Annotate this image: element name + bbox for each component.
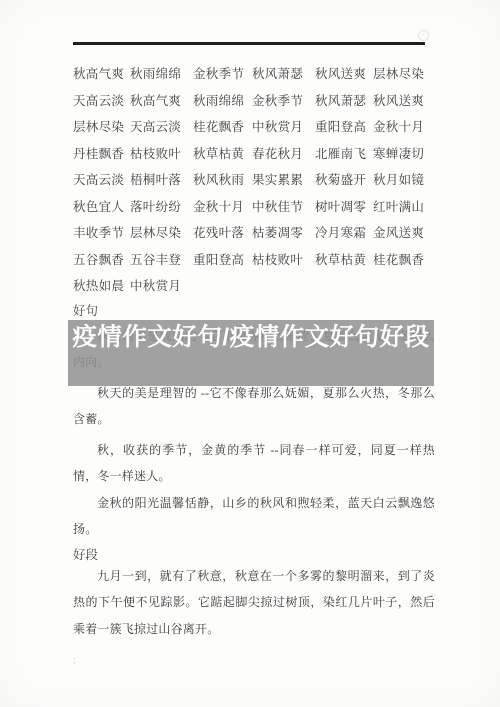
word-row: 天高云淡梧桐叶落秋风秋雨果实累累秋菊盛开秋月如镜 <box>73 166 435 193</box>
word-item: 秋风秋雨 <box>193 170 252 188</box>
word-item: 果实累累 <box>252 170 315 188</box>
word-item: 冷月寒霜 <box>315 223 373 241</box>
word-row: 天高云淡秋高气爽秋雨绵绵金秋季节秋风萧瑟秋风送爽 <box>73 87 435 114</box>
word-item: 中秋佳节 <box>252 197 315 215</box>
word-item: 秋月如镜 <box>373 170 435 188</box>
word-item: 秋风送爽 <box>315 64 373 82</box>
word-item: 丰收季节 <box>73 223 130 241</box>
word-item: 枯萎凋零 <box>252 223 315 241</box>
word-row: 层林尽染天高云淡桂花飘香中秋赏月重阳登高金秋十月 <box>73 113 435 140</box>
word-grid: 秋高气爽秋雨绵绵金秋季节秋风萧瑟秋风送爽层林尽染天高云淡秋高气爽秋雨绵绵金秋季节… <box>73 60 435 299</box>
word-item: 春花秋月 <box>252 144 315 162</box>
word-item: 秋风萧瑟 <box>315 91 373 109</box>
word-item: 秋菊盛开 <box>315 170 373 188</box>
word-item: 树叶凋零 <box>315 197 373 215</box>
word-row: 五谷飘香五谷丰登重阳登高枯枝败叶秋草枯黄桂花飘香 <box>73 246 435 273</box>
word-row: 秋高气爽秋雨绵绵金秋季节秋风萧瑟秋风送爽层林尽染 <box>73 60 435 87</box>
word-item: 秋风送爽 <box>373 91 435 109</box>
paragraph: 九月一到，就有了秋意，秋意在一个多雾的黎明溜来，到了炎热的下午便不见踪影。它踮起… <box>73 563 435 643</box>
word-row: 丰收季节层林尽染花残叶落枯萎凋零冷月寒霜金风送爽 <box>73 219 435 246</box>
corner-dot-icon: · <box>418 30 429 41</box>
paragraph: 秋，收获的季节，金黄的季节 --同春一样可爱，同夏一样热情，冬一样迷人。 <box>73 437 435 490</box>
document-page: · 秋高气爽秋雨绵绵金秋季节秋风萧瑟秋风送爽层林尽染天高云淡秋高气爽秋雨绵绵金秋… <box>0 0 500 707</box>
word-item: 五谷丰登 <box>130 250 193 268</box>
paragraph: 秋天的美是理智的 --它不像春那么妩媚，夏那么火热，冬那么含蓄。 <box>73 380 435 433</box>
word-item: 秋草枯黄 <box>193 144 252 162</box>
word-item: 中秋赏月 <box>130 276 193 294</box>
word-item: 枯枝败叶 <box>130 144 193 162</box>
word-item: 北雁南飞 <box>315 144 373 162</box>
word-item: 红叶满山 <box>373 197 435 215</box>
word-item: 秋风萧瑟 <box>252 64 315 82</box>
word-item: 寒蝉凄切 <box>373 144 435 162</box>
section-label-haoduan: 好段 <box>73 547 435 563</box>
word-item: 桂花飘香 <box>373 250 435 268</box>
word-item: 金秋季节 <box>193 64 252 82</box>
haoduan-paragraphs: 九月一到，就有了秋意，秋意在一个多雾的黎明溜来，到了炎热的下午便不见踪影。它踮起… <box>73 563 435 643</box>
word-item: 层林尽染 <box>373 64 435 82</box>
word-item: 秋色宜人 <box>73 197 130 215</box>
section-label-haoju: 好句 <box>73 303 435 319</box>
word-item: 中秋赏月 <box>252 117 315 135</box>
word-row: 丹桂飘香枯枝败叶秋草枯黄春花秋月北雁南飞寒蝉凄切 <box>73 140 435 167</box>
title-overlay-banner: 疫情作文好句/疫情作文好句好段 <box>68 320 434 386</box>
word-item: 丹桂飘香 <box>73 144 130 162</box>
word-item: 层林尽染 <box>130 223 193 241</box>
word-item: 重阳登高 <box>315 117 373 135</box>
word-item: 天高云淡 <box>130 117 193 135</box>
word-row: 秋热如晨中秋赏月 <box>73 272 435 299</box>
word-item: 金秋十月 <box>193 197 252 215</box>
page-top-rule <box>73 42 425 45</box>
word-item: 梧桐叶落 <box>130 170 193 188</box>
word-item: 枯枝败叶 <box>252 250 315 268</box>
word-item: 重阳登高 <box>193 250 252 268</box>
word-item: 秋雨绵绵 <box>130 64 193 82</box>
word-item: 金秋十月 <box>373 117 435 135</box>
word-item: 金秋季节 <box>252 91 315 109</box>
word-item: 天高云淡 <box>73 170 130 188</box>
faint-footnote-mark: ; <box>73 654 435 666</box>
word-item: 五谷飘香 <box>73 250 130 268</box>
word-item: 秋热如晨 <box>73 276 130 294</box>
word-item: 落叶纷纷 <box>130 197 193 215</box>
word-item: 秋雨绵绵 <box>193 91 252 109</box>
overlay-title: 疫情作文好句/疫情作文好句好段 <box>68 320 434 353</box>
word-item: 层林尽染 <box>73 117 130 135</box>
word-row: 秋色宜人落叶纷纷金秋十月中秋佳节树叶凋零红叶满山 <box>73 193 435 220</box>
word-item: 秋高气爽 <box>73 64 130 82</box>
word-item: 秋高气爽 <box>130 91 193 109</box>
word-item: 天高云淡 <box>73 91 130 109</box>
word-item: 秋草枯黄 <box>315 250 373 268</box>
word-item: 花残叶落 <box>193 223 252 241</box>
word-item: 金风送爽 <box>373 223 435 241</box>
paragraph: 金秋的阳光温馨恬静，山乡的秋风和煦轻柔，蓝天白云飘逸悠扬。 <box>73 490 435 543</box>
word-item: 桂花飘香 <box>193 117 252 135</box>
